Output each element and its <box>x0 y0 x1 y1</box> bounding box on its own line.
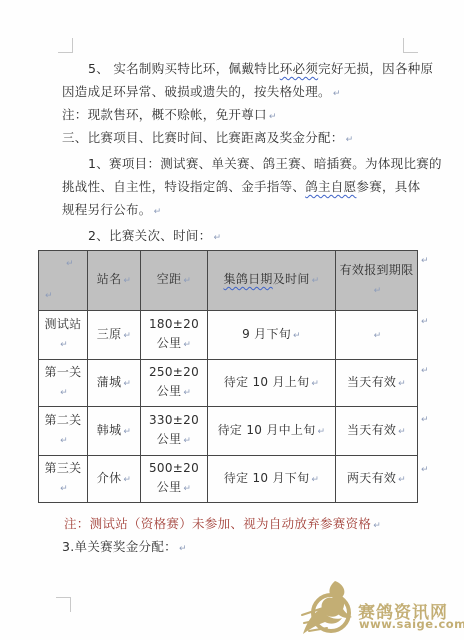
header-cell-empty: ↵↵ <box>39 251 88 311</box>
document-page: 5、 实名制购买特比环，佩戴特比环必须完好无损，因各种原 因造成足环异常、破损或… <box>0 0 464 640</box>
cell-name: 介休↵ <box>88 456 141 503</box>
table-row: 第一关↵ 蒲城↵ 250±20 公里↵ 待定 10 月上旬↵ 当天有效↵ <box>39 360 418 407</box>
text-run: 注：测试站（资格赛）未参加、视为自动放弃参赛资格 <box>64 516 371 531</box>
cell-name: 三原↵ <box>88 311 141 360</box>
cell-return-mark: ↵ <box>311 379 319 389</box>
saige-watermark: 赛鸽资讯网 www.saige.com <box>300 578 464 638</box>
cell-return-mark: ↵ <box>45 287 53 306</box>
cell-return-mark: ↵ <box>60 340 68 350</box>
cell-station: 第一关↵ <box>39 360 88 407</box>
cell-return-mark: ↵ <box>183 436 191 446</box>
paragraph-item-2: 2、比赛关次、时间：↵ <box>88 228 221 246</box>
cell-station: 第三关↵ <box>39 456 88 503</box>
cell-date: 待定 10 月下旬↵ <box>208 456 336 503</box>
row-end-mark: ↵ <box>421 415 429 425</box>
cell-return-mark: ↵ <box>123 331 131 341</box>
pigeon-logo-icon <box>300 578 358 638</box>
cell-return-mark: ↵ <box>183 388 191 398</box>
cell-text: 待定 10 月下旬 <box>224 471 310 485</box>
grammar-underlined-text: 鸽主自愿 <box>305 179 356 194</box>
paragraph-return-mark: ↵ <box>333 89 341 99</box>
heading-section-3: 三、比赛项目、比赛时间、比赛距离及奖金分配：↵ <box>62 130 353 148</box>
cell-name: 韩城↵ <box>88 407 141 456</box>
row-end-mark: ↵ <box>421 317 429 327</box>
paragraph-continuation: 挑战性、自主性，特设指定鸽、金手指等、鸽主自愿参赛，具体 <box>62 179 420 194</box>
cell-text: 蒲城 <box>97 375 122 389</box>
row-end-mark: ↵ <box>421 366 429 376</box>
cell-return-mark: ↵ <box>123 276 131 286</box>
text-run: 参赛，具体 <box>356 179 420 194</box>
cell-distance: 330±20 公里↵ <box>141 407 208 456</box>
cell-text: 9 月下旬 <box>242 327 291 341</box>
header-label: 有效报到期限 <box>340 263 414 277</box>
paragraph-return-mark: ↵ <box>269 112 277 122</box>
cell-return-mark: ↵ <box>183 276 191 286</box>
text-run: 5、 实名制购买特比环，佩戴特比 <box>88 61 280 76</box>
cell-return-mark: ↵ <box>60 484 68 494</box>
cell-deadline: 当天有效↵ <box>336 407 418 456</box>
cell-text: 当天有效 <box>347 423 396 437</box>
text-run: 三、比赛项目、比赛时间、比赛距离及奖金分配： <box>62 130 344 145</box>
cell-text: 介休 <box>97 471 122 485</box>
header-cell-deadline: 有效报到期限↵ <box>336 251 418 311</box>
cell-return-mark: ↵ <box>60 388 68 398</box>
text-run: 完好无损，因各种原 <box>318 61 433 76</box>
text-run: 挑战性、自主性，特设指定鸽、金手指等、 <box>62 179 305 194</box>
paragraph-return-mark: ↵ <box>373 521 381 531</box>
cell-text: 500±20 公里 <box>149 461 199 494</box>
cell-deadline: 当天有效↵ <box>336 360 418 407</box>
text-run: 规程另行公布。 <box>62 202 152 217</box>
paragraph-return-mark: ↵ <box>154 207 162 217</box>
header-cell-station-name: 站名↵ <box>88 251 141 311</box>
table-row: 测试站↵ 三原↵ 180±20 公里↵ 9 月下旬↵ ↵ <box>39 311 418 360</box>
cell-return-mark: ↵ <box>374 286 382 296</box>
paragraph-continuation: 因造成足环异常、破损或遗失的，按失格处理。↵ <box>62 84 341 102</box>
paragraph-return-mark: ↵ <box>179 544 187 554</box>
cell-distance: 500±20 公里↵ <box>141 456 208 503</box>
header-label: 及时间 <box>273 272 310 286</box>
cell-deadline: ↵ <box>336 311 418 360</box>
cell-date: 9 月下旬↵ <box>208 311 336 360</box>
header-cell-date: 集鸽日期及时间↵ <box>208 251 336 311</box>
cell-distance: 180±20 公里↵ <box>141 311 208 360</box>
margin-corner-mark-bottom-left <box>56 597 71 612</box>
text-run: 注：现款售环，概不赊帐，免开尊口 <box>62 107 267 122</box>
row-end-mark: ↵ <box>421 256 429 266</box>
cell-return-mark: ↵ <box>312 276 320 286</box>
cell-return-mark: ↵ <box>398 379 406 389</box>
cell-name: 蒲城↵ <box>88 360 141 407</box>
cell-text: 三原 <box>97 327 122 341</box>
paragraph-item-3: 3.单关赛奖金分配：↵ <box>62 539 187 557</box>
cell-station: 测试站↵ <box>39 311 88 360</box>
grammar-underlined-text: 集鸽日期 <box>224 272 273 286</box>
cell-text: 330±20 公里 <box>149 413 199 446</box>
grammar-underlined-text: 环必须 <box>280 61 318 76</box>
header-label: 空距 <box>157 272 182 286</box>
cell-text: 第二关 <box>45 413 82 427</box>
paragraph-return-mark: ↵ <box>213 233 221 243</box>
cell-return-mark: ↵ <box>293 331 301 341</box>
paragraph-item-1: 1、赛项目：测试赛、单关赛、鸽王赛、暗插赛。为体现比赛的 <box>88 156 442 171</box>
header-label: 站名 <box>97 272 122 286</box>
cell-text: 测试站 <box>45 317 82 331</box>
cell-date: 待定 10 月中上旬↵ <box>208 407 336 456</box>
text-run: 1、赛项目：测试赛、单关赛、鸽王赛、暗插赛。为体现比赛的 <box>88 156 442 171</box>
cell-return-mark: ↵ <box>123 427 131 437</box>
paragraph-return-mark: ↵ <box>346 135 354 145</box>
cell-return-mark: ↵ <box>398 475 406 485</box>
cell-text: 待定 10 月中上旬 <box>218 423 316 437</box>
cell-return-mark: ↵ <box>123 475 131 485</box>
cell-distance: 250±20 公里↵ <box>141 360 208 407</box>
cell-return-mark: ↵ <box>123 379 131 389</box>
cell-text: 180±20 公里 <box>149 317 199 350</box>
race-schedule-table: ↵↵ 站名↵ 空距↵ 集鸽日期及时间↵ 有效报到期限↵ 测试站↵ 三原↵ 180… <box>38 250 418 503</box>
row-end-mark: ↵ <box>421 465 429 475</box>
header-cell-distance: 空距↵ <box>141 251 208 311</box>
margin-corner-mark-top-right <box>403 38 418 53</box>
cell-text: 第一关 <box>45 365 82 379</box>
cell-return-mark: ↵ <box>66 255 74 274</box>
text-run: 2、比赛关次、时间： <box>88 228 211 243</box>
cell-return-mark: ↵ <box>183 340 191 350</box>
table-row: 第三关↵ 介休↵ 500±20 公里↵ 待定 10 月下旬↵ 两天有效↵ <box>39 456 418 503</box>
cell-text: 250±20 公里 <box>149 365 199 398</box>
cell-return-mark: ↵ <box>374 331 382 341</box>
table-header-row: ↵↵ 站名↵ 空距↵ 集鸽日期及时间↵ 有效报到期限↵ <box>39 251 418 311</box>
cell-date: 待定 10 月上旬↵ <box>208 360 336 407</box>
paragraph-continuation: 规程另行公布。↵ <box>62 202 161 220</box>
cell-return-mark: ↵ <box>60 436 68 446</box>
cell-return-mark: ↵ <box>183 484 191 494</box>
cell-text: 两天有效 <box>347 471 396 485</box>
cell-return-mark: ↵ <box>398 427 406 437</box>
cell-text: 第三关 <box>45 461 82 475</box>
cell-return-mark: ↵ <box>318 427 326 437</box>
text-run: 3.单关赛奖金分配： <box>62 539 177 554</box>
cell-text: 待定 10 月上旬 <box>224 375 310 389</box>
cell-return-mark: ↵ <box>311 475 319 485</box>
red-note-line: 注：测试站（资格赛）未参加、视为自动放弃参赛资格↵ <box>64 516 381 534</box>
cell-deadline: 两天有效↵ <box>336 456 418 503</box>
table-row: 第二关↵ 韩城↵ 330±20 公里↵ 待定 10 月中上旬↵ 当天有效↵ <box>39 407 418 456</box>
paragraph-note-sale: 注：现款售环，概不赊帐，免开尊口↵ <box>62 107 277 125</box>
cell-text: 韩城 <box>97 423 122 437</box>
watermark-site-url: www.saige.com <box>359 617 464 631</box>
cell-text: 当天有效 <box>347 375 396 389</box>
margin-corner-mark-top-left <box>58 38 73 53</box>
text-run: 因造成足环异常、破损或遗失的，按失格处理。 <box>62 84 331 99</box>
paragraph-item-5: 5、 实名制购买特比环，佩戴特比环必须完好无损，因各种原 <box>88 61 433 76</box>
cell-station: 第二关↵ <box>39 407 88 456</box>
